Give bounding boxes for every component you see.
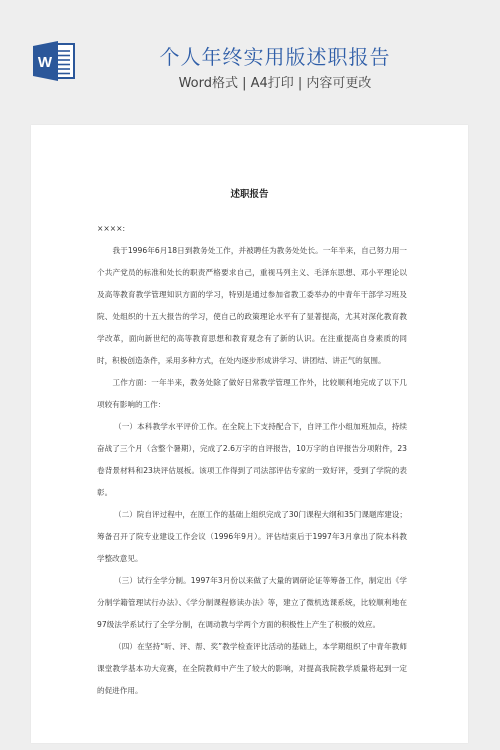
paragraph-item-1: （一）本科教学水平评价工作。在全院上下支持配合下，自评工作小组加班加点，持续奋战…: [97, 416, 407, 504]
paragraph-work-overview: 工作方面：一年半来，教务处除了做好日常教学管理工作外，比较顺利地完成了以下几项较…: [97, 372, 407, 416]
document-title: 述职报告: [31, 188, 468, 202]
svg-text:W: W: [38, 54, 53, 71]
paragraph-item-4: （四）在坚持“听、评、帮、奖”教学检查评比活动的基础上，本学期组织了中青年教师课…: [97, 636, 407, 702]
document-page: 述职报告 ××××: 我于1996年6月18日到教务处工作，并被聘任为教务处处长…: [31, 125, 468, 743]
paragraph-intro: 我于1996年6月18日到教务处工作，并被聘任为教务处处长。一年半来，自己努力用…: [97, 240, 407, 372]
paragraph-item-2: （二）院自评过程中，在原工作的基础上组织完成了30门课程大纲和35门课题库建设；…: [97, 504, 407, 570]
paragraph-item-3: （三）试行全学分制。1997年3月份以来做了大量的调研论证等筹备工作，制定出《学…: [97, 570, 407, 636]
document-body: ××××: 我于1996年6月18日到教务处工作，并被聘任为教务处处长。一年半来…: [97, 218, 407, 702]
banner-title: 个人年终实用版述职报告: [120, 44, 430, 70]
word-icon: W: [31, 38, 77, 84]
document-banner: W 个人年终实用版述职报告 Word格式 | A4打印 | 内容可更改: [0, 0, 500, 115]
banner-subtitle: Word格式 | A4打印 | 内容可更改: [120, 75, 430, 93]
salutation: ××××:: [97, 218, 407, 240]
